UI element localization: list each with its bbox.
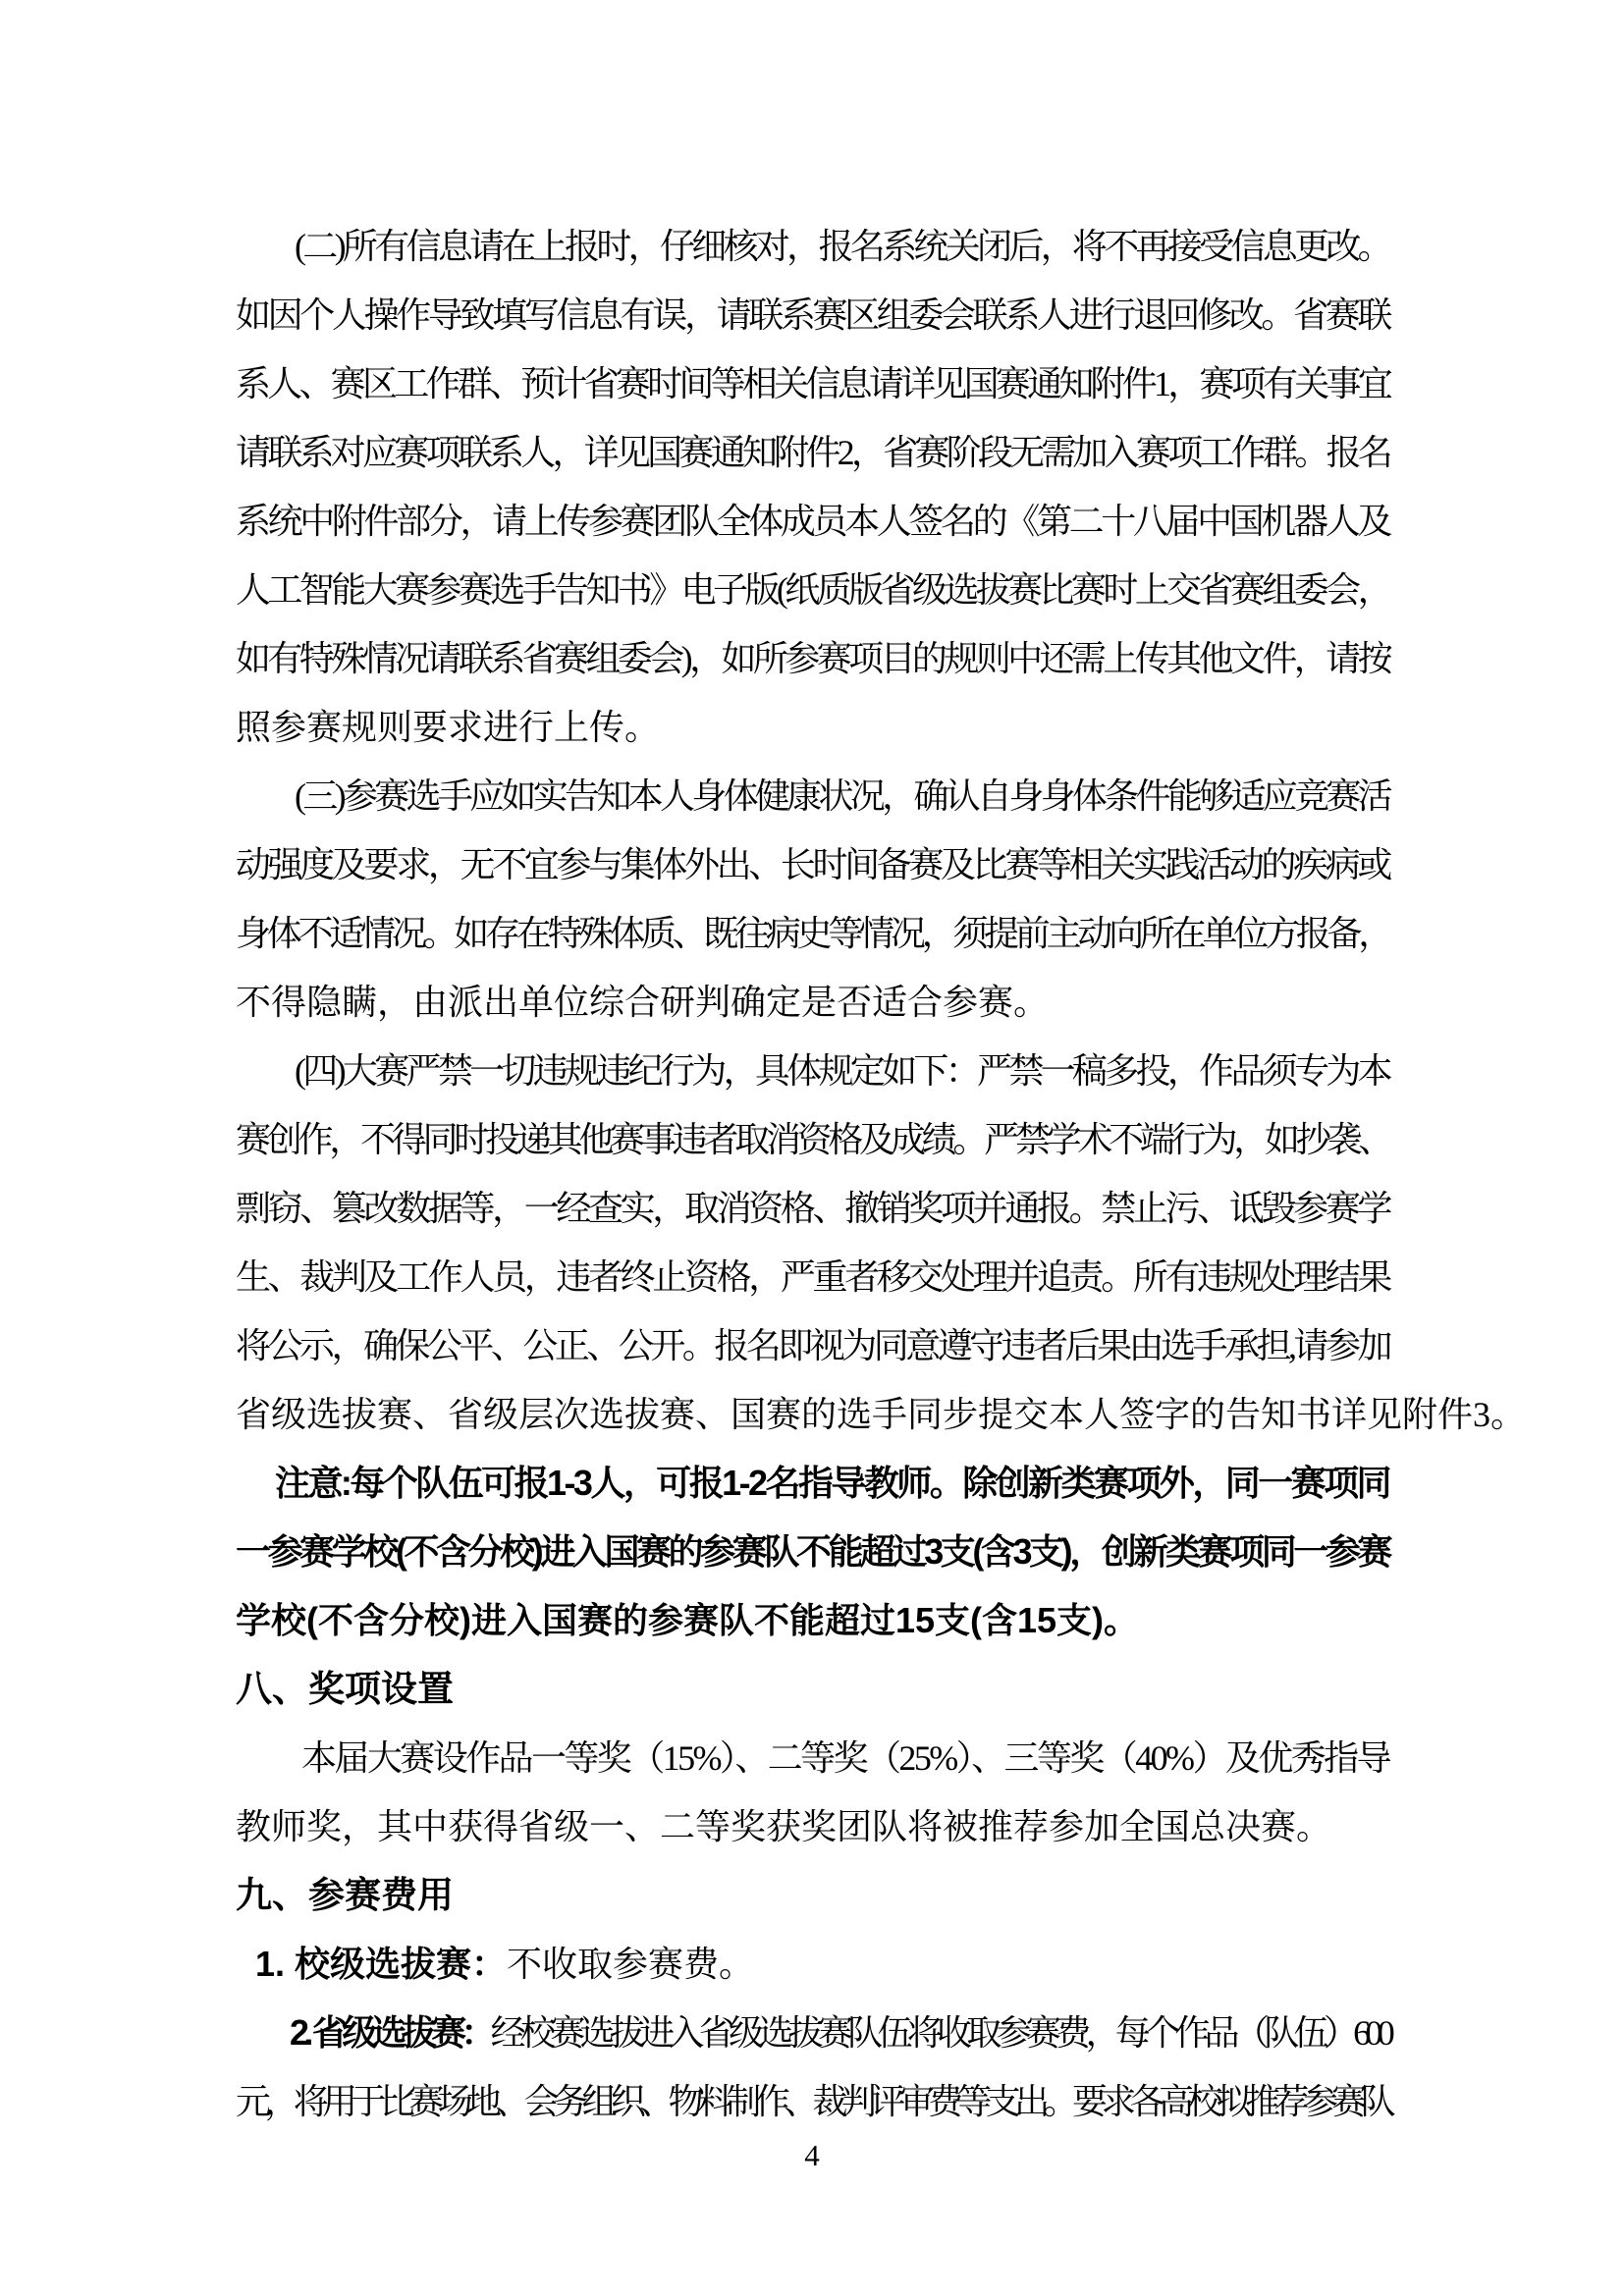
text-segment: 将公示，确保公平、公正、公开。报名即视为同意遵守违者后果由选手承担,请参加: [236, 1326, 1389, 1365]
text-line: 学校(不含分校)进入国赛的参赛队不能超过15支(含15支)。: [236, 1586, 1389, 1655]
text-segment: 九、参赛费用: [236, 1875, 454, 1915]
text-line: 教师奖，其中获得省级一、二等奖获奖团队将被推荐参加全国总决赛。: [236, 1792, 1389, 1861]
text-line: 省级选拔赛、省级层次选拔赛、国赛的选手同步提交本人签字的告知书详见附件3。: [236, 1380, 1389, 1449]
text-line-inner: (四)大赛严禁一切违规违纪行为，具体规定如下：严禁一稿多投，作品须专为本: [295, 1037, 1389, 1105]
text-line: 人工智能大赛参赛选手告知书》电子版(纸质版省级选拔赛比赛时上交省赛组委会，: [236, 556, 1389, 624]
text-segment: 1. 校级选拔赛：: [255, 1944, 507, 1984]
text-segment: 如有特殊情况请联系省赛组委会)，如所参赛项目的规则中还需上传其他文件，请按: [236, 639, 1389, 678]
section-heading: 九、参赛费用: [236, 1861, 1389, 1930]
text-line: 系人、赛区工作群、预计省赛时间等相关信息请详见国赛通知附件1，赛项有关事宜: [236, 349, 1389, 418]
text-segment: 经校赛选拔进入省级选拔赛队伍将收取参赛费，每个作品（队伍）600: [491, 2013, 1389, 2053]
text-line-inner: 元，将用于比赛场地、会务组织、物料制作、裁判评审费等支出。要求各高校拟推荐参赛队: [236, 2067, 1389, 2136]
text-line-inner: 请联系对应赛项联系人，详见国赛通知附件2，省赛阶段无需加入赛项工作群。报名: [236, 418, 1389, 487]
text-line: 如有特殊情况请联系省赛组委会)，如所参赛项目的规则中还需上传其他文件，请按: [236, 624, 1389, 693]
text-line-inner: 本届大赛设作品一等奖（15%）、二等奖（25%）、三等奖（40%）及优秀指导: [301, 1724, 1389, 1792]
text-line-inner: 省级选拔赛、省级层次选拔赛、国赛的选手同步提交本人签字的告知书详见附件3。: [236, 1380, 1526, 1449]
text-line-inner: 动强度及要求，无不宜参与集体外出、长时间备赛及比赛等相关实践活动的疾病或: [236, 830, 1389, 899]
text-segment: (三)参赛选手应如实告知本人身体健康状况，确认自身身体条件能够适应竞赛活: [295, 776, 1389, 816]
text-line-inner: 1. 校级选拔赛：不收取参赛费。: [255, 1930, 754, 1999]
text-line-inner: 生、裁判及工作人员，违者终止资格，严重者移交处理并追责。所有违规处理结果: [236, 1243, 1389, 1311]
text-line: 一参赛学校(不含分校)进入国赛的参赛队不能超过3支(含3支)，创新类赛项同一参赛: [236, 1518, 1389, 1586]
text-segment: 如因个人操作导致填写信息有误，请联系赛区组委会联系人进行退回修改。省赛联: [236, 295, 1389, 335]
text-segment: 系统中附件部分，请上传参赛团队全体成员本人签名的《第二十八届中国机器人及: [236, 502, 1389, 541]
text-segment: (二)所有信息请在上报时，仔细核对，报名系统关闭后，将不再接受信息更改。: [295, 227, 1389, 266]
text-segment: 赛创作，不得同时投递其他赛事违者取消资格及成绩。严禁学术不端行为，如抄袭、: [236, 1120, 1389, 1159]
text-line: 身体不适情况。如存在特殊体质、既往病史等情况，须提前主动向所在单位方报备，: [236, 899, 1389, 968]
document-content: (二)所有信息请在上报时，仔细核对，报名系统关闭后，将不再接受信息更改。如因个人…: [236, 212, 1389, 2136]
text-line: 如因个人操作导致填写信息有误，请联系赛区组委会联系人进行退回修改。省赛联: [236, 281, 1389, 349]
page-number: 4: [0, 2136, 1624, 2175]
text-segment: 生、裁判及工作人员，违者终止资格，严重者移交处理并追责。所有违规处理结果: [236, 1257, 1389, 1297]
text-line: 将公示，确保公平、公正、公开。报名即视为同意遵守违者后果由选手承担,请参加: [236, 1311, 1389, 1380]
text-line-inner: 将公示，确保公平、公正、公开。报名即视为同意遵守违者后果由选手承担,请参加: [236, 1311, 1389, 1380]
text-segment: 请联系对应赛项联系人，详见国赛通知附件2，省赛阶段无需加入赛项工作群。报名: [236, 433, 1389, 472]
text-line-inner: 系人、赛区工作群、预计省赛时间等相关信息请详见国赛通知附件1，赛项有关事宜: [236, 349, 1389, 418]
text-segment: 注意:每个队伍可报1-3人，可报1-2名指导教师。除创新类赛项外，同一赛项同: [275, 1463, 1389, 1503]
text-segment: 学校(不含分校)进入国赛的参赛队不能超过15支(含15支)。: [236, 1600, 1139, 1640]
text-segment: 照参赛规则要求进行上传。: [236, 708, 660, 747]
text-line: 元，将用于比赛场地、会务组织、物料制作、裁判评审费等支出。要求各高校拟推荐参赛队: [236, 2067, 1389, 2136]
document-page: (二)所有信息请在上报时，仔细核对，报名系统关闭后，将不再接受信息更改。如因个人…: [0, 0, 1624, 2296]
text-line-inner: 注意:每个队伍可报1-3人，可报1-2名指导教师。除创新类赛项外，同一赛项同: [275, 1449, 1389, 1518]
text-line: (四)大赛严禁一切违规违纪行为，具体规定如下：严禁一稿多投，作品须专为本: [236, 1037, 1389, 1105]
text-segment: 元，将用于比赛场地、会务组织、物料制作、裁判评审费等支出。要求各高校拟推荐参赛队: [236, 2082, 1389, 2121]
section-heading: 八、奖项设置: [236, 1655, 1389, 1724]
text-line: 动强度及要求，无不宜参与集体外出、长时间备赛及比赛等相关实践活动的疾病或: [236, 830, 1389, 899]
text-segment: (四)大赛严禁一切违规违纪行为，具体规定如下：严禁一稿多投，作品须专为本: [295, 1051, 1389, 1091]
text-line: 请联系对应赛项联系人，详见国赛通知附件2，省赛阶段无需加入赛项工作群。报名: [236, 418, 1389, 487]
text-line: 系统中附件部分，请上传参赛团队全体成员本人签名的《第二十八届中国机器人及: [236, 487, 1389, 556]
text-segment: 身体不适情况。如存在特殊体质、既往病史等情况，须提前主动向所在单位方报备，: [236, 914, 1389, 953]
text-segment: 省级选拔赛、省级层次选拔赛、国赛的选手同步提交本人签字的告知书详见附件3。: [236, 1395, 1526, 1434]
text-line-inner: (二)所有信息请在上报时，仔细核对，报名系统关闭后，将不再接受信息更改。: [295, 212, 1389, 281]
text-line-inner: 如因个人操作导致填写信息有误，请联系赛区组委会联系人进行退回修改。省赛联: [236, 281, 1389, 349]
text-segment: 不收取参赛费。: [507, 1945, 754, 1984]
text-line-inner: 剽窃、篡改数据等，一经查实，取消资格、撤销奖项并通报。禁止污、诋毁参赛学: [236, 1174, 1389, 1243]
text-line: 照参赛规则要求进行上传。: [236, 693, 1389, 762]
text-line: 生、裁判及工作人员，违者终止资格，严重者移交处理并追责。所有违规处理结果: [236, 1243, 1389, 1311]
text-line: 2. 省级选拔赛：经校赛选拔进入省级选拔赛队伍将收取参赛费，每个作品（队伍）60…: [236, 1999, 1389, 2067]
text-line: (三)参赛选手应如实告知本人身体健康状况，确认自身身体条件能够适应竞赛活: [236, 762, 1389, 830]
text-line: 1. 校级选拔赛：不收取参赛费。: [236, 1930, 1389, 1999]
text-line-inner: 人工智能大赛参赛选手告知书》电子版(纸质版省级选拔赛比赛时上交省赛组委会，: [236, 556, 1389, 624]
text-line: 注意:每个队伍可报1-3人，可报1-2名指导教师。除创新类赛项外，同一赛项同: [236, 1449, 1389, 1518]
text-line-inner: 照参赛规则要求进行上传。: [236, 693, 660, 762]
text-line-inner: 赛创作，不得同时投递其他赛事违者取消资格及成绩。严禁学术不端行为，如抄袭、: [236, 1105, 1389, 1174]
text-segment: 教师奖，其中获得省级一、二等奖获奖团队将被推荐参加全国总决赛。: [236, 1807, 1331, 1846]
text-line: 剽窃、篡改数据等，一经查实，取消资格、撤销奖项并通报。禁止污、诋毁参赛学: [236, 1174, 1389, 1243]
text-segment: 2. 省级选拔赛：: [290, 2012, 491, 2053]
text-segment: 本届大赛设作品一等奖（15%）、二等奖（25%）、三等奖（40%）及优秀指导: [301, 1738, 1389, 1778]
text-segment: 人工智能大赛参赛选手告知书》电子版(纸质版省级选拔赛比赛时上交省赛组委会，: [236, 570, 1389, 610]
text-line-inner: 一参赛学校(不含分校)进入国赛的参赛队不能超过3支(含3支)，创新类赛项同一参赛: [236, 1518, 1389, 1586]
text-line-inner: 系统中附件部分，请上传参赛团队全体成员本人签名的《第二十八届中国机器人及: [236, 487, 1389, 556]
text-line-inner: (三)参赛选手应如实告知本人身体健康状况，确认自身身体条件能够适应竞赛活: [295, 762, 1389, 830]
text-line: 赛创作，不得同时投递其他赛事违者取消资格及成绩。严禁学术不端行为，如抄袭、: [236, 1105, 1389, 1174]
text-line-inner: 不得隐瞒，由派出单位综合研判确定是否适合参赛。: [236, 968, 1049, 1037]
text-segment: 动强度及要求，无不宜参与集体外出、长时间备赛及比赛等相关实践活动的疾病或: [236, 845, 1389, 884]
text-line-inner: 2. 省级选拔赛：经校赛选拔进入省级选拔赛队伍将收取参赛费，每个作品（队伍）60…: [290, 1999, 1389, 2067]
text-segment: 不得隐瞒，由派出单位综合研判确定是否适合参赛。: [236, 983, 1049, 1022]
text-line-inner: 如有特殊情况请联系省赛组委会)，如所参赛项目的规则中还需上传其他文件，请按: [236, 624, 1389, 693]
text-line-inner: 九、参赛费用: [236, 1861, 454, 1931]
text-segment: 剽窃、篡改数据等，一经查实，取消资格、撤销奖项并通报。禁止污、诋毁参赛学: [236, 1189, 1389, 1228]
text-line: 不得隐瞒，由派出单位综合研判确定是否适合参赛。: [236, 968, 1389, 1037]
text-segment: 一参赛学校(不含分校)进入国赛的参赛队不能超过3支(含3支)，创新类赛项同一参赛: [236, 1531, 1389, 1572]
text-segment: 系人、赛区工作群、预计省赛时间等相关信息请详见国赛通知附件1，赛项有关事宜: [236, 364, 1389, 403]
text-line-inner: 教师奖，其中获得省级一、二等奖获奖团队将被推荐参加全国总决赛。: [236, 1792, 1331, 1861]
text-segment: 八、奖项设置: [236, 1669, 454, 1709]
text-line-inner: 学校(不含分校)进入国赛的参赛队不能超过15支(含15支)。: [236, 1586, 1139, 1655]
text-line-inner: 八、奖项设置: [236, 1655, 454, 1725]
text-line: (二)所有信息请在上报时，仔细核对，报名系统关闭后，将不再接受信息更改。: [236, 212, 1389, 281]
text-line: 本届大赛设作品一等奖（15%）、二等奖（25%）、三等奖（40%）及优秀指导: [236, 1724, 1389, 1792]
text-line-inner: 身体不适情况。如存在特殊体质、既往病史等情况，须提前主动向所在单位方报备，: [236, 899, 1389, 968]
